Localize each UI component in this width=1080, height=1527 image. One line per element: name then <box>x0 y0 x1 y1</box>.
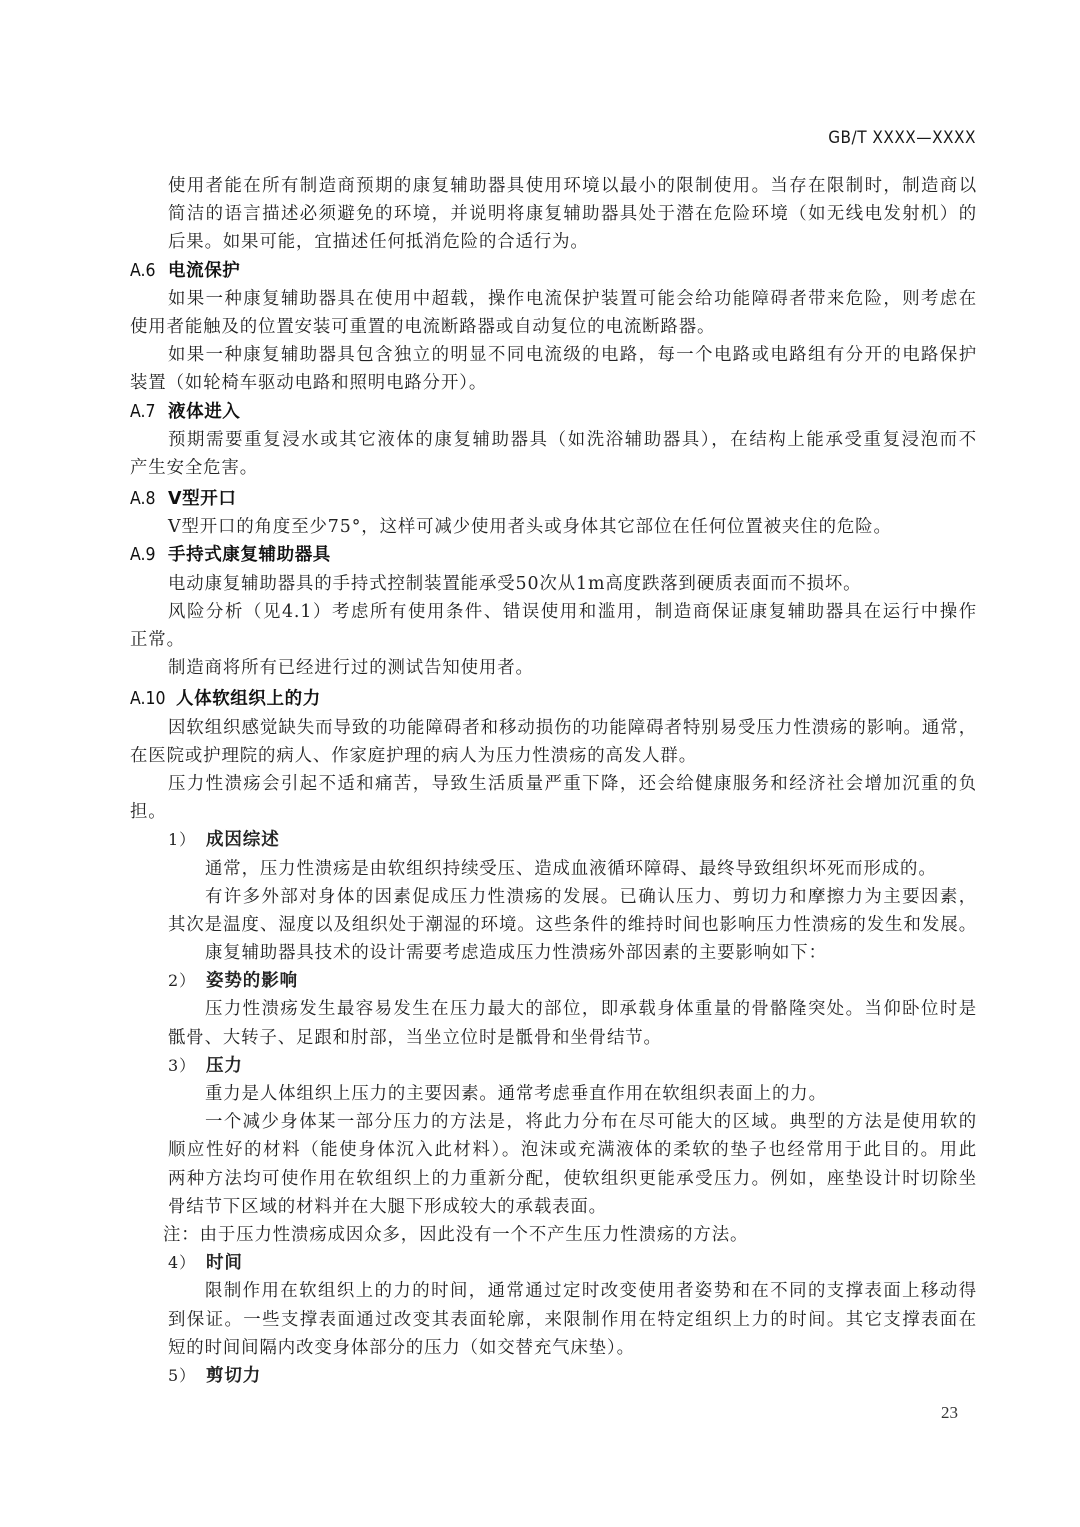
subsection-heading: 5）剪切力 <box>130 1362 977 1390</box>
text-line: 短的时间间隔内改变身体部分的压力（如交替充气床垫）。 <box>130 1334 977 1362</box>
subsection-number: 2） <box>168 967 206 995</box>
text-line: 有许多外部对身体的因素促成压力性溃疡的发展。已确认压力、剪切力和摩擦力为主要因素… <box>130 883 977 911</box>
text-line: 如果一种康复辅助器具包含独立的明显不同电流级的电路，每一个电路或电路组有分开的电… <box>130 341 977 369</box>
text-line: 后果。如果可能，宜描述任何抵消危险的合适行为。 <box>130 228 977 256</box>
text-line: 压力性溃疡会引起不适和痛苦，导致生活质量严重下降，还会给健康服务和经济社会增加沉… <box>130 770 977 798</box>
subsection-3: 3）压力 重力是人体组织上压力的主要因素。通常考虑垂直作用在软组织表面上的力。 … <box>130 1052 977 1249</box>
text-line: 正常。 <box>130 626 977 654</box>
text-line: 如果一种康复辅助器具在使用中超载，操作电流保护装置可能会给功能障碍者带来危险，则… <box>130 285 977 313</box>
subsection-title: 姿势的影响 <box>206 971 298 991</box>
section-title: 手持式康复辅助器具 <box>168 545 331 565</box>
subsection-title: 剪切力 <box>206 1366 261 1386</box>
section-title: 液体进入 <box>168 402 240 422</box>
text-line: 其次是温度、湿度以及组织处于潮湿的环境。这些条件的维持时间也影响压力性溃疡的发生… <box>130 911 977 939</box>
section-number: A.9 <box>130 541 168 569</box>
section-heading: A.6电流保护 <box>130 257 977 285</box>
section-heading: A.10人体软组织上的力 <box>130 685 977 713</box>
subsection-number: 4） <box>168 1249 206 1277</box>
section-a8: A.8V型开口 V型开口的角度至少75°，这样可减少使用者头或身体其它部位在任何… <box>130 485 977 541</box>
text-line: 压力性溃疡发生最容易发生在压力最大的部位，即承载身体重量的骨骼隆突处。当仰卧位时… <box>130 995 977 1023</box>
text-line: 使用者能触及的位置安装可重置的电流断路器或自动复位的电流断路器。 <box>130 313 977 341</box>
text-line: 康复辅助器具技术的设计需要考虑造成压力性溃疡外部因素的主要影响如下： <box>130 939 977 967</box>
section-title: V型开口 <box>168 489 236 509</box>
section-number: A.8 <box>130 485 168 513</box>
subsection-heading: 2）姿势的影响 <box>130 967 977 995</box>
section-title: 人体软组织上的力 <box>176 689 321 709</box>
text-line: 制造商将所有已经进行过的测试告知使用者。 <box>130 654 977 682</box>
subsection-heading: 3）压力 <box>130 1052 977 1080</box>
text-line: 简洁的语言描述必须避免的环境，并说明将康复辅助器具处于潜在危险环境（如无线电发射… <box>130 200 977 228</box>
subsection-heading: 4）时间 <box>130 1249 977 1277</box>
text-line: 在医院或护理院的病人、作家庭护理的病人为压力性溃疡的高发人群。 <box>130 742 977 770</box>
subsection-2: 2）姿势的影响 压力性溃疡发生最容易发生在压力最大的部位，即承载身体重量的骨骼隆… <box>130 967 977 1052</box>
section-number: A.6 <box>130 257 168 285</box>
page-number: 23 <box>941 1403 958 1423</box>
text-line: 限制作用在软组织上的力的时间，通常通过定时改变使用者姿势和在不同的支撑表面上移动… <box>130 1277 977 1305</box>
note-line: 注：由于压力性溃疡成因众多，因此没有一个不产生压力性溃疡的方法。 <box>130 1221 977 1249</box>
subsection-title: 时间 <box>206 1253 243 1273</box>
intro-paragraph: 使用者能在所有制造商预期的康复辅助器具使用环境以最小的限制使用。当存在限制时，制… <box>130 172 977 257</box>
document-page: GB/T XXXX—XXXX 使用者能在所有制造商预期的康复辅助器具使用环境以最… <box>0 0 1080 1527</box>
text-line: 骶骨、大转子、足跟和肘部，当坐立位时是骶骨和坐骨结节。 <box>130 1024 977 1052</box>
section-a7: A.7液体进入 预期需要重复浸水或其它液体的康复辅助器具（如洗浴辅助器具），在结… <box>130 398 977 483</box>
text-line: 骨结节下区域的材料并在大腿下形成较大的承载表面。 <box>130 1193 977 1221</box>
subsection-number: 3） <box>168 1052 206 1080</box>
text-line: 电动康复辅助器具的手持式控制装置能承受50次从1m高度跌落到硬质表面而不损坏。 <box>130 570 977 598</box>
section-heading: A.7液体进入 <box>130 398 977 426</box>
subsection-title: 成因综述 <box>206 830 280 850</box>
subsection-4: 4）时间 限制作用在软组织上的力的时间，通常通过定时改变使用者姿势和在不同的支撑… <box>130 1249 977 1362</box>
section-a6: A.6电流保护 如果一种康复辅助器具在使用中超载，操作电流保护装置可能会给功能障… <box>130 257 977 398</box>
section-a10: A.10人体软组织上的力 因软组织感觉缺失而导致的功能障碍者和移动损伤的功能障碍… <box>130 685 977 1390</box>
text-line: 重力是人体组织上压力的主要因素。通常考虑垂直作用在软组织表面上的力。 <box>130 1080 977 1108</box>
text-line: 风险分析（见4.1）考虑所有使用条件、错误使用和滥用，制造商保证康复辅助器具在运… <box>130 598 977 626</box>
section-number: A.7 <box>130 398 168 426</box>
text-line: 两种方法均可使作用在软组织上的力重新分配，使软组织更能承受压力。例如，座垫设计时… <box>130 1165 977 1193</box>
text-line: V型开口的角度至少75°，这样可减少使用者头或身体其它部位在任何位置被夹住的危险… <box>130 513 977 541</box>
text-line: 到保证。一些支撑表面通过改变其表面轮廓，来限制作用在特定组织上力的时间。其它支撑… <box>130 1306 977 1334</box>
text-line: 因软组织感觉缺失而导致的功能障碍者和移动损伤的功能障碍者特别易受压力性溃疡的影响… <box>130 714 977 742</box>
subsection-1: 1）成因综述 通常，压力性溃疡是由软组织持续受压、造成血液循环障碍、最终导致组织… <box>130 826 977 967</box>
text-line: 顺应性好的材料（能使身体沉入此材料）。泡沫或充满液体的柔软的垫子也经常用于此目的… <box>130 1136 977 1164</box>
subsection-number: 1） <box>168 826 206 854</box>
section-heading: A.9手持式康复辅助器具 <box>130 541 977 569</box>
page-body: 使用者能在所有制造商预期的康复辅助器具使用环境以最小的限制使用。当存在限制时，制… <box>130 172 977 1390</box>
section-title: 电流保护 <box>168 261 240 281</box>
section-a9: A.9手持式康复辅助器具 电动康复辅助器具的手持式控制装置能承受50次从1m高度… <box>130 541 977 682</box>
subsection-5: 5）剪切力 <box>130 1362 977 1390</box>
section-heading: A.8V型开口 <box>130 485 977 513</box>
text-line: 产生安全危害。 <box>130 454 977 482</box>
subsection-title: 压力 <box>206 1056 243 1076</box>
text-line: 担。 <box>130 798 977 826</box>
text-line: 装置（如轮椅车驱动电路和照明电路分开）。 <box>130 369 977 397</box>
text-line: 预期需要重复浸水或其它液体的康复辅助器具（如洗浴辅助器具），在结构上能承受重复浸… <box>130 426 977 454</box>
standard-code-header: GB/T XXXX—XXXX <box>828 128 976 148</box>
subsection-heading: 1）成因综述 <box>130 826 977 854</box>
subsection-number: 5） <box>168 1362 206 1390</box>
text-line: 一个减少身体某一部分压力的方法是，将此力分布在尽可能大的区域。典型的方法是使用软… <box>130 1108 977 1136</box>
text-line: 使用者能在所有制造商预期的康复辅助器具使用环境以最小的限制使用。当存在限制时，制… <box>130 172 977 200</box>
section-number: A.10 <box>130 685 176 713</box>
text-line: 通常，压力性溃疡是由软组织持续受压、造成血液循环障碍、最终导致组织坏死而形成的。 <box>130 855 977 883</box>
